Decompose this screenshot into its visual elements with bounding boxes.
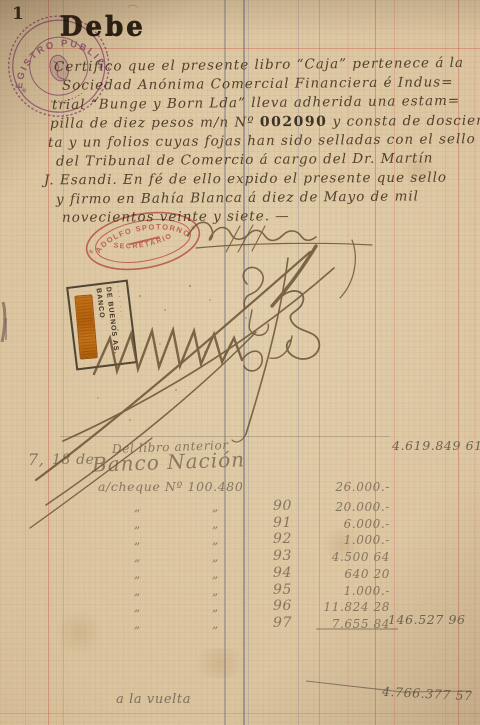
- cheque-amount: 6.000.-: [300, 517, 390, 531]
- entry-date-month: 7,: [28, 450, 44, 469]
- ditto-mark: „: [134, 533, 141, 547]
- ditto-mark: „: [134, 567, 141, 581]
- ledger-row: „ „ 95 1.000.-: [0, 582, 480, 598]
- certification-line: Sociedad Anónima Comercial Financiera é …: [62, 74, 454, 93]
- ditto-mark: „: [212, 600, 219, 614]
- certification-line: pilla de diez pesos m/n Nº 002090 y cons…: [50, 112, 480, 132]
- ditto-mark: „: [134, 500, 141, 514]
- stamp-serial-number: 002090: [260, 114, 328, 130]
- bank-box-stamp: BANCO DE BUENOS AS. · · · · · · ·: [66, 280, 138, 371]
- cheque-amount: 20.000.-: [300, 500, 390, 514]
- folio-number: 1: [12, 4, 24, 24]
- ditto-mark: „: [134, 550, 141, 564]
- certification-line: ta y un folios cuyas fojas han sido sell…: [48, 131, 476, 151]
- ledger-row: „ „ 93 4.500 64: [0, 548, 480, 564]
- ditto-mark: „: [212, 517, 219, 531]
- page-title-debe: Debe: [60, 11, 146, 43]
- cheque-number: 91: [240, 515, 292, 531]
- cheque-amount: 7.655 84: [300, 617, 390, 631]
- ledger-row: „ „ 90 20.000.-: [0, 498, 480, 514]
- cheque-amount: 11.824 28: [300, 600, 390, 614]
- cheque-amount: 4.500 64: [300, 550, 390, 564]
- ledger-row: „ „ 91 6.000.-: [0, 515, 480, 531]
- certification-text: y consta de doscientos trein: [327, 112, 480, 130]
- certification-line: Certifico que el presente libro “Caja” p…: [54, 55, 464, 75]
- ditto-mark: „: [212, 617, 219, 631]
- ditto-mark: „: [134, 517, 141, 531]
- stamp-star-icon: ✳: [190, 224, 197, 233]
- ditto-mark: „: [134, 600, 141, 614]
- rule-horizontal-bottom: [0, 713, 480, 714]
- cheque-amount: 640 20: [300, 567, 390, 581]
- cheque-number: 96: [240, 598, 292, 614]
- ditto-mark: „: [134, 617, 141, 631]
- cheque-amount: 1.000.-: [300, 584, 390, 598]
- ledger-page: 1 Debe Certifico que el presente libro “…: [0, 0, 480, 725]
- secretary-stamp-title: SECRETARIO: [112, 232, 175, 254]
- cheque-number: 95: [240, 582, 292, 598]
- cheque-amount: 1.000.-: [300, 533, 390, 547]
- footer-carry-label: a la vuelta: [116, 692, 191, 707]
- ledger-row: „ „ 94 640 20: [0, 565, 480, 581]
- entry-date-day: 18 de: [52, 452, 95, 468]
- svg-text:SECRETARIO: SECRETARIO: [112, 232, 175, 254]
- cheque-number: 93: [240, 548, 292, 564]
- cheque-number: 90: [240, 498, 292, 514]
- cheque-number: 94: [240, 565, 292, 581]
- certification-line: del Tribunal de Comercio á cargo del Dr.…: [56, 150, 434, 169]
- account-title: Banco Nación: [92, 447, 246, 476]
- ditto-mark: „: [134, 584, 141, 598]
- carry-forward-amount: 4.619.849 61: [392, 438, 462, 453]
- certification-line: trial “Bunge y Born Lda” lleva adherida …: [52, 93, 460, 113]
- ledger-row: „ „ 92 1.000.-: [0, 531, 480, 547]
- column-subtotal: 146.527 96: [388, 612, 458, 627]
- cheque-entry-amount: 26.000.-: [300, 480, 390, 494]
- cheque-entry-label: a/cheque Nº 100.480: [98, 479, 243, 494]
- rule-horizontal-top: [46, 48, 480, 49]
- cheque-number: 92: [240, 531, 292, 547]
- certification-line: novecientos veinte y siete. —: [62, 208, 290, 226]
- ditto-mark: „: [212, 550, 219, 564]
- stamp-star-icon: ✳: [88, 248, 95, 257]
- ditto-mark: „: [212, 567, 219, 581]
- stamp-star-icon: ✳: [20, 86, 29, 96]
- ditto-mark: „: [212, 500, 219, 514]
- paper-stain: [188, 648, 252, 678]
- ledger-header-line: [60, 436, 390, 437]
- footer-total: 4.766.377 57: [382, 684, 471, 704]
- bank-stamp-text: BANCO DE BUENOS AS. · · · · · · ·: [93, 285, 135, 362]
- ditto-mark: „: [212, 584, 219, 598]
- certification-text: pilla de diez pesos m/n Nº: [50, 114, 260, 131]
- ditto-mark: „: [212, 533, 219, 547]
- certification-line: y firmo en Bahía Blanca á diez de Mayo d…: [56, 188, 419, 207]
- cheque-number: 97: [240, 615, 292, 631]
- certification-line: J. Esandi. En fé de ello expido el prese…: [44, 170, 447, 189]
